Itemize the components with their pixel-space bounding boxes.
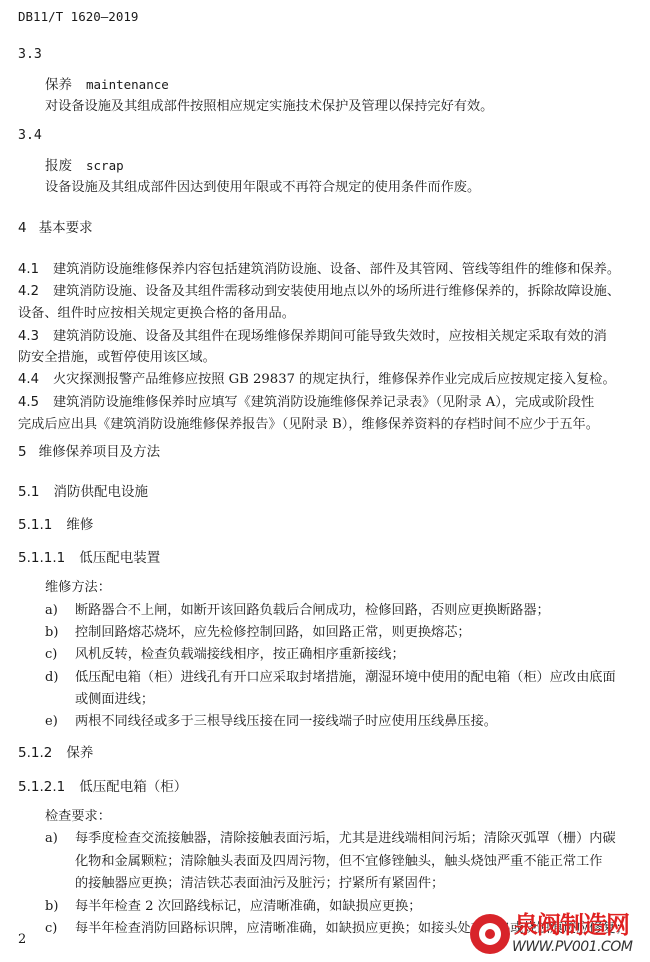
section-title: 低压配电装置	[79, 550, 160, 566]
term-scrap: 报废scrap	[45, 157, 124, 175]
section-title: 维修	[66, 517, 93, 533]
repair-methods-intro: 维修方法：	[45, 579, 111, 597]
clause-4-5-continued: 完成后应出具《建筑消防设施维修保养报告》（见附录 B），维修保养资料的存档时间不…	[18, 416, 599, 434]
watermark: 泉阀制造网 WWW.PV001.COM	[470, 912, 648, 960]
list-item-a-continued: 化物和金属颗粒；清除触头表面及四周污物，但不宜修锉触头，触头烧蚀严重不能正常工作	[75, 853, 603, 871]
clause-4-2: 4.2建筑消防设施、设备及其组件需移动到安装使用地点以外的场所进行维修保养的，拆…	[18, 283, 620, 301]
clause-4-3-continued: 防安全措施，或暂停使用该区域。	[18, 349, 216, 367]
clause-number: 4.2	[18, 284, 39, 299]
list-marker: c)	[45, 646, 57, 664]
list-item-d-continued: 或侧面进线；	[75, 691, 154, 709]
section-number: 5.1.1.1	[18, 550, 65, 566]
watermark-url: WWW.PV001.COM	[512, 939, 632, 955]
clause-number: 4.1	[18, 262, 39, 277]
list-marker: a)	[45, 830, 58, 848]
list-marker: b)	[45, 898, 58, 916]
list-marker: c)	[45, 920, 57, 938]
list-text: 两根不同线径或多于三根导线压接在同一接线端子时应使用压线鼻压接。	[75, 713, 497, 731]
section-title: 基本要求	[39, 220, 93, 236]
clause-number: 4.5	[18, 395, 39, 410]
section-title: 低压配电箱（柜）	[79, 779, 187, 795]
clause-number: 4.4	[18, 372, 39, 387]
clause-4-1: 4.1建筑消防设施维修保养内容包括建筑消防设施、设备、部件及其管网、管线等组件的…	[18, 261, 620, 279]
section-title: 消防供配电设施	[53, 484, 148, 500]
list-item-a-continued: 的接触器应更换；清洁铁芯表面油污及脏污；拧紧所有紧固件；	[75, 875, 444, 893]
section-heading-5-1-1-1: 5.1.1.1低压配电装置	[18, 549, 160, 567]
section-number: 5.1.2	[18, 745, 52, 761]
clause-4-5: 4.5建筑消防设施维修保养时应填写《建筑消防设施维修保养记录表》（见附录 A），…	[18, 394, 594, 412]
clause-4-4: 4.4火灾探测报警产品维修应按照 GB 29837 的规定执行，维修保养作业完成…	[18, 371, 616, 389]
list-marker: b)	[45, 624, 58, 642]
section-number: 5.1	[18, 484, 39, 500]
clause-text: 建筑消防设施维修保养内容包括建筑消防设施、设备、部件及其管网、管线等组件的维修和…	[53, 262, 620, 277]
section-heading-5-1-1: 5.1.1维修	[18, 516, 93, 534]
term-cn: 报废	[45, 158, 72, 174]
list-marker: d)	[45, 669, 58, 687]
term-en: scrap	[86, 158, 124, 173]
section-heading-5-1: 5.1消防供配电设施	[18, 483, 148, 501]
list-text: 风机反转，检查负载端接线相序，按正确相序重新接线；	[75, 646, 405, 664]
watermark-brand: 泉阀制造网	[514, 912, 629, 938]
section-heading-4: 4基本要求	[18, 219, 93, 237]
section-heading-5-1-2: 5.1.2保养	[18, 744, 93, 762]
section-number: 5	[18, 443, 27, 461]
inspection-requirements-intro: 检查要求：	[45, 808, 111, 826]
clause-text: 火灾探测报警产品维修应按照 GB 29837 的规定执行，维修保养作业完成后应按…	[53, 372, 616, 387]
definition-maintenance: 对设备设施及其组成部件按照相应规定实施技术保护及管理以保持完好有效。	[45, 98, 493, 116]
section-heading-5-1-2-1: 5.1.2.1低压配电箱（柜）	[18, 778, 187, 796]
clause-number: 4.3	[18, 329, 39, 344]
term-en: maintenance	[86, 77, 169, 92]
list-marker: a)	[45, 602, 58, 620]
clause-4-2-continued: 设备、组件时应按相关规定更换合格的备用品。	[18, 305, 295, 323]
section-title: 维修保养项目及方法	[39, 444, 161, 460]
clause-text: 建筑消防设施维修保养时应填写《建筑消防设施维修保养记录表》（见附录 A），完成或…	[53, 395, 594, 410]
term-maintenance: 保养maintenance	[45, 76, 169, 94]
section-number-3-3: 3.3	[18, 46, 42, 64]
section-number: 5.1.1	[18, 517, 52, 533]
section-number: 5.1.2.1	[18, 779, 65, 795]
list-text: 控制回路熔芯烧坏，应先检修控制回路，如回路正常，则更换熔芯；	[75, 624, 471, 642]
clause-text: 建筑消防设施、设备及其组件需移动到安装使用地点以外的场所进行维修保养的，拆除故障…	[53, 284, 620, 299]
section-number-3-4: 3.4	[18, 127, 42, 145]
section-title: 保养	[66, 745, 93, 761]
section-heading-5: 5维修保养项目及方法	[18, 443, 160, 461]
page-number: 2	[18, 932, 26, 947]
list-text: 每季度检查交流接触器，清除接触表面污垢，尤其是进线端相间污垢；清除灭弧罩（栅）内…	[75, 830, 616, 848]
document-id: DB11/T 1620—2019	[18, 8, 138, 26]
definition-scrap: 设备设施及其组成部件因达到使用年限或不再符合规定的使用条件而作废。	[45, 179, 480, 197]
watermark-logo-icon	[470, 914, 510, 954]
clause-text: 建筑消防设施、设备及其组件在现场维修保养期间可能导致失效时，应按相关规定采取有效…	[53, 329, 607, 344]
clause-4-3: 4.3建筑消防设施、设备及其组件在现场维修保养期间可能导致失效时，应按相关规定采…	[18, 328, 607, 346]
term-cn: 保养	[45, 77, 72, 93]
list-marker: e)	[45, 713, 58, 731]
list-text: 每半年检查 2 次回路线标记，应清晰准确，如缺损应更换；	[75, 898, 421, 916]
list-text: 低压配电箱（柜）进线孔有开口应采取封堵措施，潮湿环境中使用的配电箱（柜）应改由底…	[75, 669, 616, 687]
section-number: 4	[18, 219, 27, 237]
list-text: 断路器合不上闸，如断开该回路负载后合闸成功，检修回路，否则应更换断路器；	[75, 602, 550, 620]
